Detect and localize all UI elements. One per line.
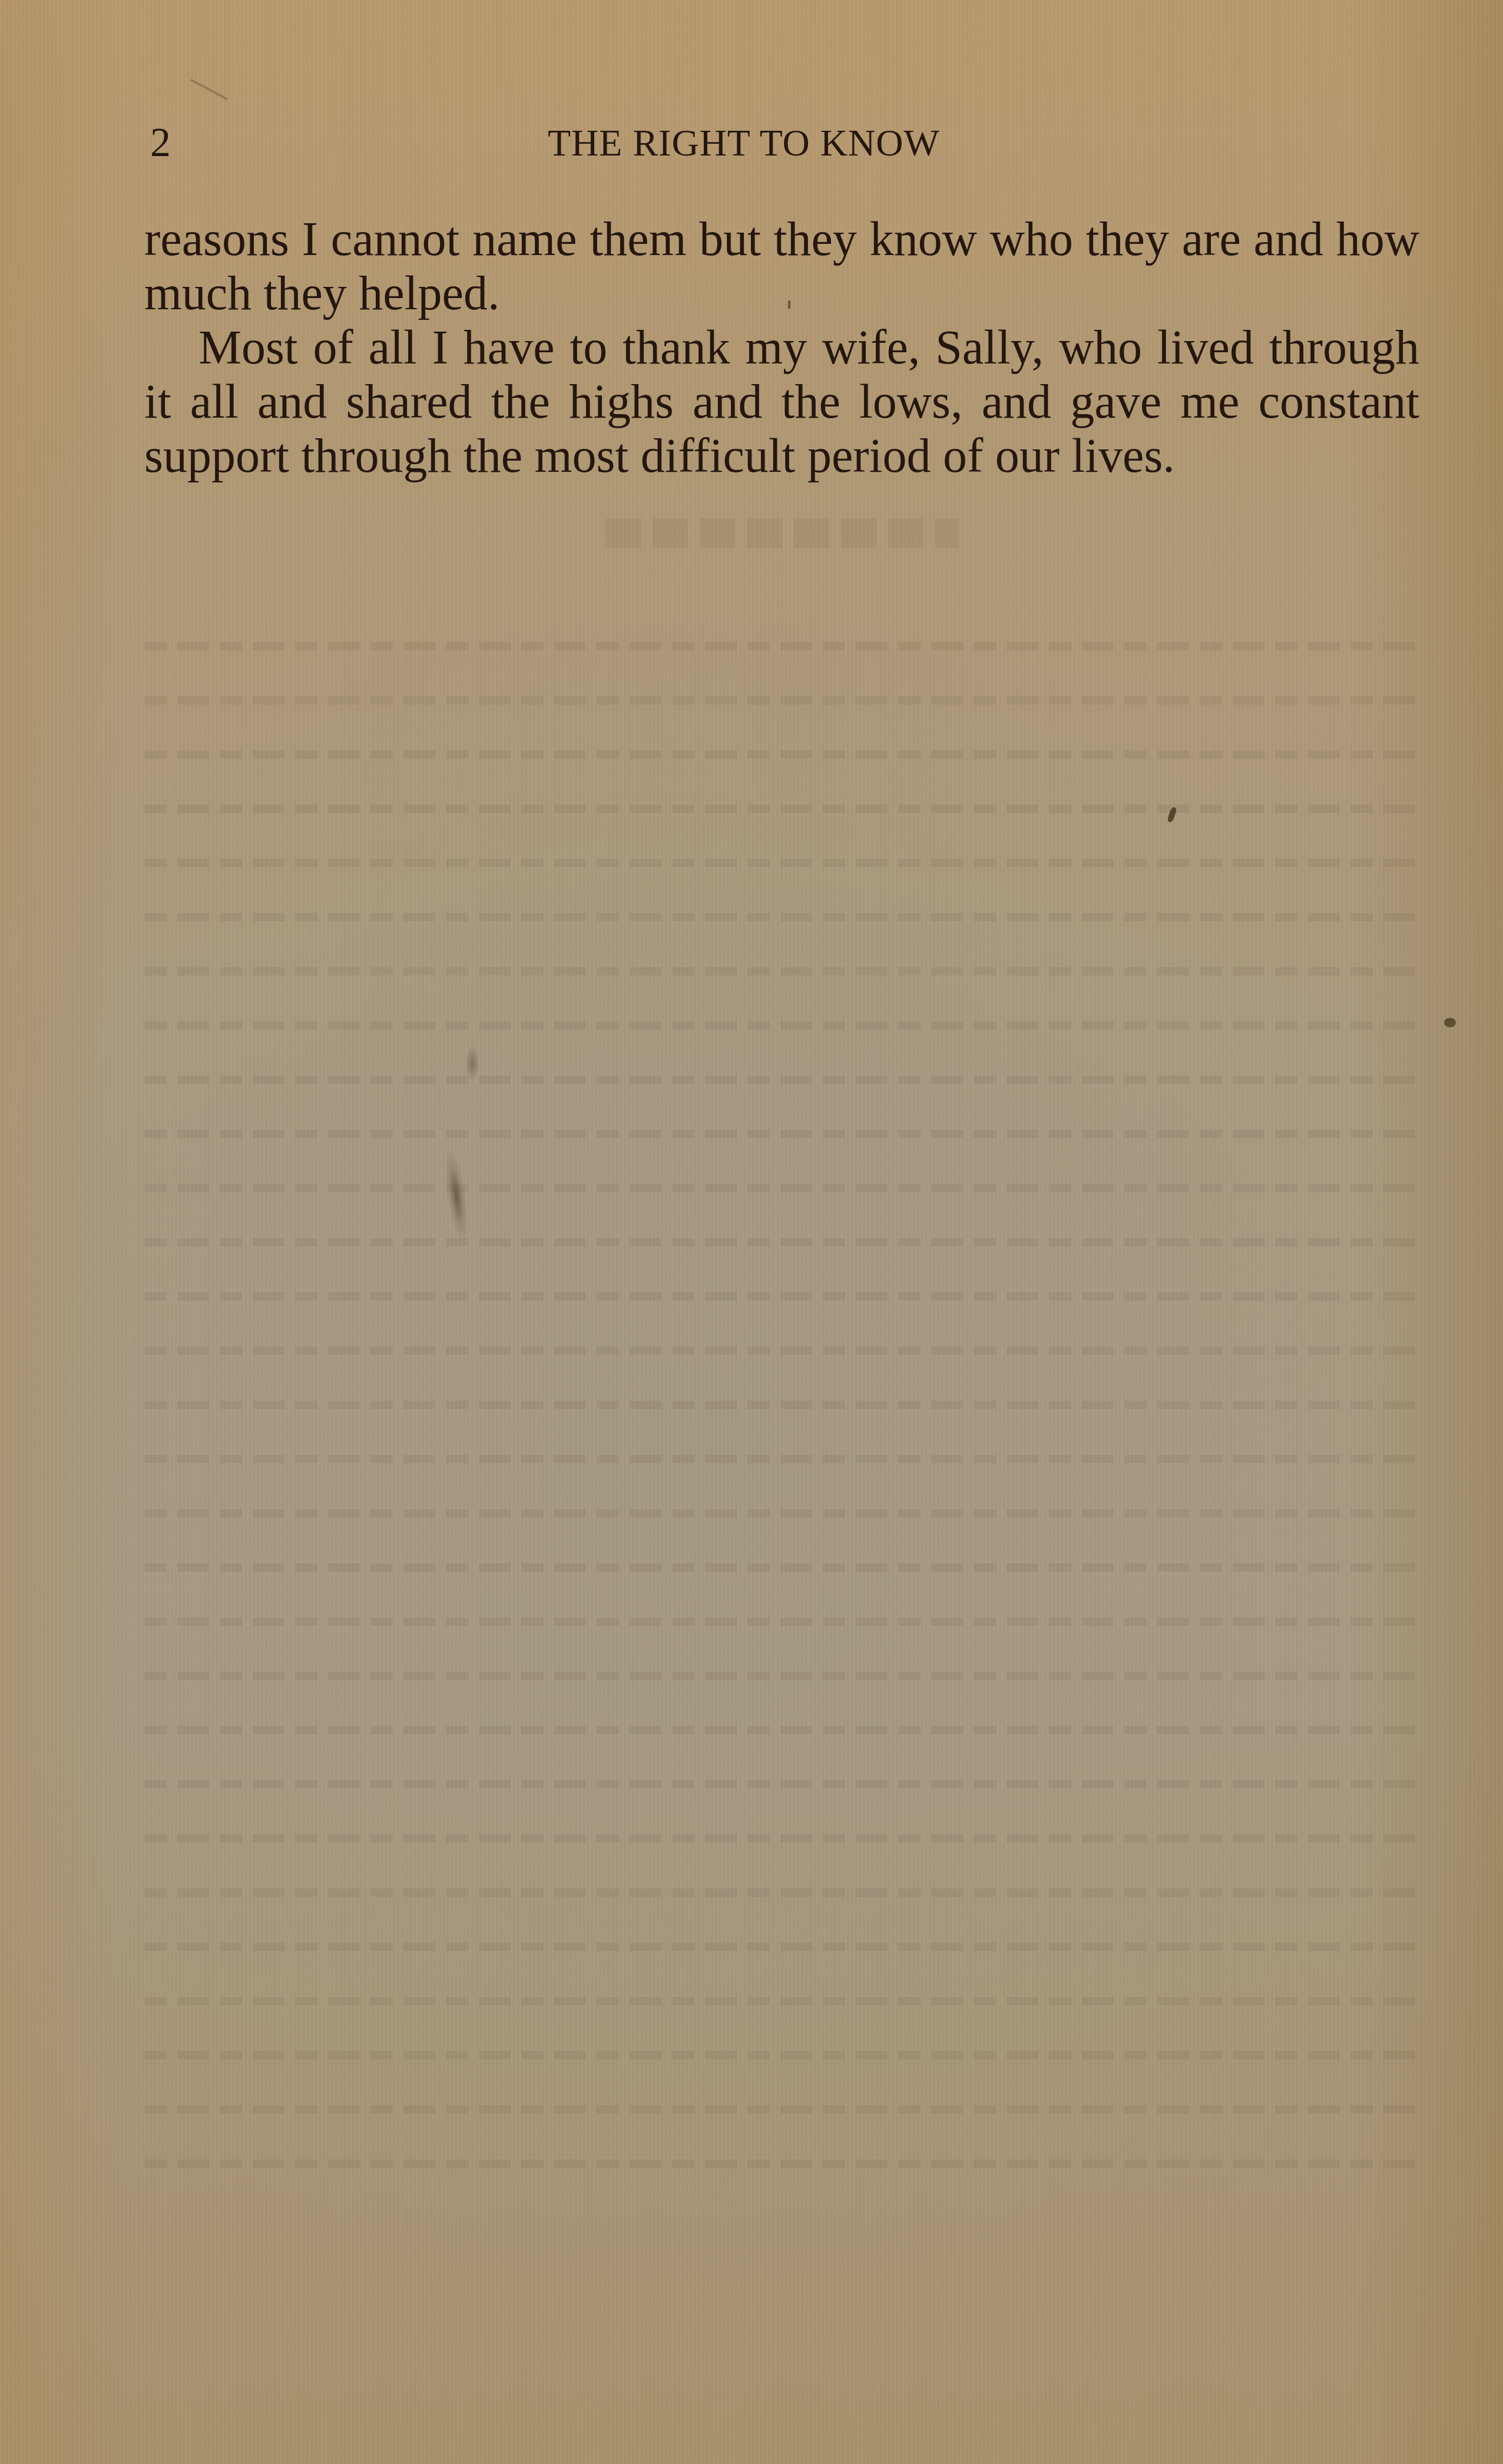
book-title-header: THE RIGHT TO KNOW [548,120,940,167]
bleed-through-heading [605,518,959,548]
smudge-mark [465,1046,479,1081]
book-page: 2 THE RIGHT TO KNOW reasons I cannot nam… [0,0,1503,2464]
body-text: reasons I cannot name them but they know… [144,212,1419,483]
running-head: 2 THE RIGHT TO KNOW [0,120,1503,167]
speck-mark [1444,1018,1456,1027]
scratch-mark [190,79,228,100]
page-number: 2 [150,120,171,167]
speck-mark [1167,806,1177,823]
smudge-mark [438,1147,475,1244]
paragraph-thanks-wife: Most of all I have to thank my wife, Sal… [144,320,1419,483]
bleed-through-text [144,518,1419,2256]
paragraph-continued: reasons I cannot name them but they know… [144,212,1419,320]
